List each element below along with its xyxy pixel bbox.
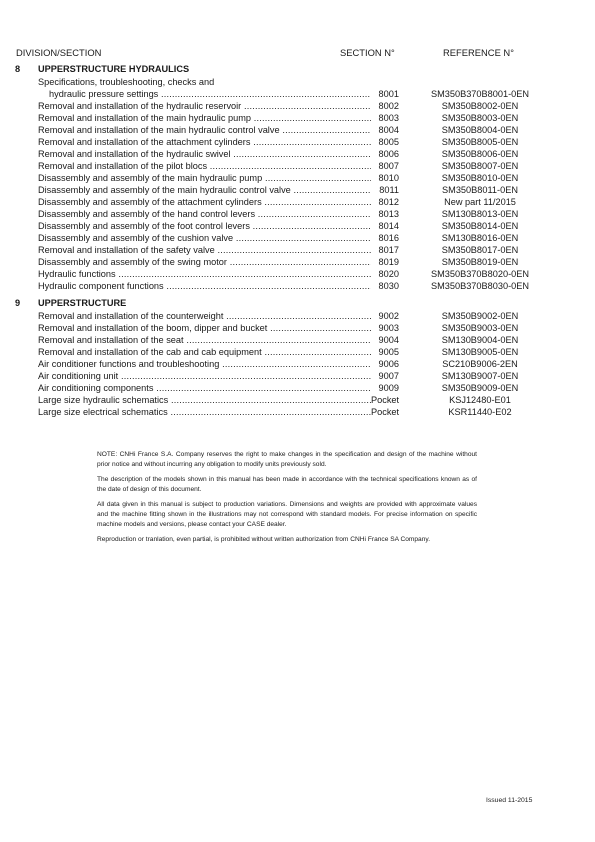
reference-number: SM350B8010-0EN [400,172,560,184]
entry-title: Air conditioning components [38,382,371,394]
toc-row: Removal and installation of the cab and … [0,346,595,358]
reference-number: SM350B8002-0EN [400,100,560,112]
section-number: Pocket [371,406,399,418]
toc-row: Large size electrical schematicsPocketKS… [0,406,595,418]
entry-title: Removal and installation of the main hyd… [38,124,371,136]
entry-title: Disassembly and assembly of the cushion … [38,232,371,244]
section-number: 8003 [371,112,399,124]
toc-row: Removal and installation of the safety v… [0,244,595,256]
toc-row: Removal and installation of the hydrauli… [0,100,595,112]
toc-row: Disassembly and assembly of the swing mo… [0,256,595,268]
division-number: 8 [15,64,20,74]
column-header-division: DIVISION/SECTION [16,47,101,58]
note-paragraph: The description of the models shown in t… [97,475,477,494]
section-number: 8014 [371,220,399,232]
note-paragraph: NOTE: CNHi France S.A. Company reserves … [97,450,477,469]
reference-number: SM130B8016-0EN [400,232,560,244]
entry-title: Removal and installation of the seat [38,334,371,346]
reference-number: SM350B8011-0EN [400,184,560,196]
toc-row: Removal and installation of the seat9004… [0,334,595,346]
division-heading: 9UPPERSTRUCTURE [0,298,595,310]
section-number: 8030 [371,280,399,292]
reference-number: SM350B8014-0EN [400,220,560,232]
reference-number: SM350B8004-0EN [400,124,560,136]
entry-title: hydraulic pressure settings [49,88,371,100]
toc-row: Removal and installation of the main hyd… [0,124,595,136]
reference-number: SM130B9007-0EN [400,370,560,382]
reference-number: SM350B8005-0EN [400,136,560,148]
entry-title: Removal and installation of the hydrauli… [38,100,371,112]
entry-title: Air conditioner functions and troublesho… [38,358,371,370]
entry-title: Disassembly and assembly of the foot con… [38,220,371,232]
section-number: 8019 [371,256,399,268]
section-number: 9009 [371,382,399,394]
reference-number: New part 11/2015 [400,196,560,208]
reference-number: SM350B8017-0EN [400,244,560,256]
reference-number: SM130B8013-0EN [400,208,560,220]
reference-number: SM350B8019-0EN [400,256,560,268]
entry-title: Removal and installation of the main hyd… [38,112,371,124]
reference-number: KSJ12480-E01 [400,394,560,406]
toc-row: Hydraulic component functions8030SM350B3… [0,280,595,292]
toc-row: Removal and installation of the attachme… [0,136,595,148]
division-title: UPPERSTRUCTURE HYDRAULICS [38,64,189,74]
toc-row: Air conditioning components9009SM350B900… [0,382,595,394]
entry-title: Disassembly and assembly of the swing mo… [38,256,371,268]
toc-row: Disassembly and assembly of the hand con… [0,208,595,220]
toc-row: Disassembly and assembly of the attachme… [0,196,595,208]
entry-title: Hydraulic functions [38,268,371,280]
reference-number: SM350B8006-0EN [400,148,560,160]
reference-number: KSR11440-E02 [400,406,560,418]
section-number: 8011 [371,184,399,196]
toc-row: hydraulic pressure settings8001SM350B370… [0,88,595,100]
reference-number: SM130B9004-0EN [400,334,560,346]
entry-title: Disassembly and assembly of the hand con… [38,208,371,220]
entry-title: Air conditioning unit [38,370,371,382]
issued-date: Issued 11-2015 [486,797,532,804]
reference-number: SM350B9002-0EN [400,310,560,322]
toc-row: Air conditioner functions and troublesho… [0,358,595,370]
entry-title: Disassembly and assembly of the attachme… [38,196,371,208]
entry-title: Removal and installation of the boom, di… [38,322,371,334]
reference-number: SM350B370B8030-0EN [400,280,560,292]
section-number: 8001 [371,88,399,100]
reference-number: SM350B370B8020-0EN [400,268,560,280]
toc-row: Disassembly and assembly of the foot con… [0,220,595,232]
toc-row: Removal and installation of the pilot bl… [0,160,595,172]
reference-number: SM350B9003-0EN [400,322,560,334]
entry-title: Removal and installation of the safety v… [38,244,371,256]
entry-title: Disassembly and assembly of the main hyd… [38,184,371,196]
entry-title: Disassembly and assembly of the main hyd… [38,172,371,184]
entry-title: Removal and installation of the pilot bl… [38,160,371,172]
reference-number: SM350B370B8001-0EN [400,88,560,100]
column-header-reference: REFERENCE N° [443,47,514,58]
reference-number: SM350B8007-0EN [400,160,560,172]
section-number: 8010 [371,172,399,184]
toc-row: Removal and installation of the boom, di… [0,322,595,334]
note-paragraph: All data given in this manual is subject… [97,500,477,529]
legal-notes: NOTE: CNHi France S.A. Company reserves … [97,450,477,551]
section-number: 9002 [371,310,399,322]
note-paragraph: Reproduction or tranlation, even partial… [97,535,477,545]
entry-title: Large size electrical schematics [38,406,371,418]
section-number: 8004 [371,124,399,136]
section-number: 9006 [371,358,399,370]
section-number: Pocket [371,394,399,406]
reference-number: SM350B8003-0EN [400,112,560,124]
entry-title: Hydraulic component functions [38,280,371,292]
entry-title: Removal and installation of the attachme… [38,136,371,148]
section-number: 8013 [371,208,399,220]
division-title: UPPERSTRUCTURE [38,298,126,308]
section-number: 9005 [371,346,399,358]
section-number: 8020 [371,268,399,280]
section-number: 8007 [371,160,399,172]
division-heading: 8UPPERSTRUCTURE HYDRAULICS [0,64,595,76]
toc-row: Removal and installation of the counterw… [0,310,595,322]
toc-row: Large size hydraulic schematicsPocketKSJ… [0,394,595,406]
section-number: 8002 [371,100,399,112]
entry-title: Large size hydraulic schematics [38,394,371,406]
toc-row: Specifications, troubleshooting, checks … [0,76,595,88]
section-number: 8005 [371,136,399,148]
toc-row: Removal and installation of the main hyd… [0,112,595,124]
entry-title: Removal and installation of the counterw… [38,310,371,322]
reference-number: SM350B9009-0EN [400,382,560,394]
toc-row: Air conditioning unit9007SM130B9007-0EN [0,370,595,382]
column-header-section: SECTION N° [340,47,395,58]
entry-title: Removal and installation of the cab and … [38,346,371,358]
section-number: 8017 [371,244,399,256]
entry-title: Removal and installation of the hydrauli… [38,148,371,160]
division-number: 9 [15,298,20,308]
toc-row: Disassembly and assembly of the main hyd… [0,172,595,184]
section-number: 9004 [371,334,399,346]
reference-number: SC210B9006-2EN [400,358,560,370]
toc-row: Disassembly and assembly of the main hyd… [0,184,595,196]
section-number: 9003 [371,322,399,334]
section-number: 8012 [371,196,399,208]
toc-row: Removal and installation of the hydrauli… [0,148,595,160]
toc-row: Disassembly and assembly of the cushion … [0,232,595,244]
reference-number: SM130B9005-0EN [400,346,560,358]
section-number: 8016 [371,232,399,244]
section-number: 8006 [371,148,399,160]
table-of-contents: 8UPPERSTRUCTURE HYDRAULICSSpecifications… [0,64,595,418]
toc-row: Hydraulic functions8020SM350B370B8020-0E… [0,268,595,280]
entry-title: Specifications, troubleshooting, checks … [38,76,371,88]
section-number: 9007 [371,370,399,382]
